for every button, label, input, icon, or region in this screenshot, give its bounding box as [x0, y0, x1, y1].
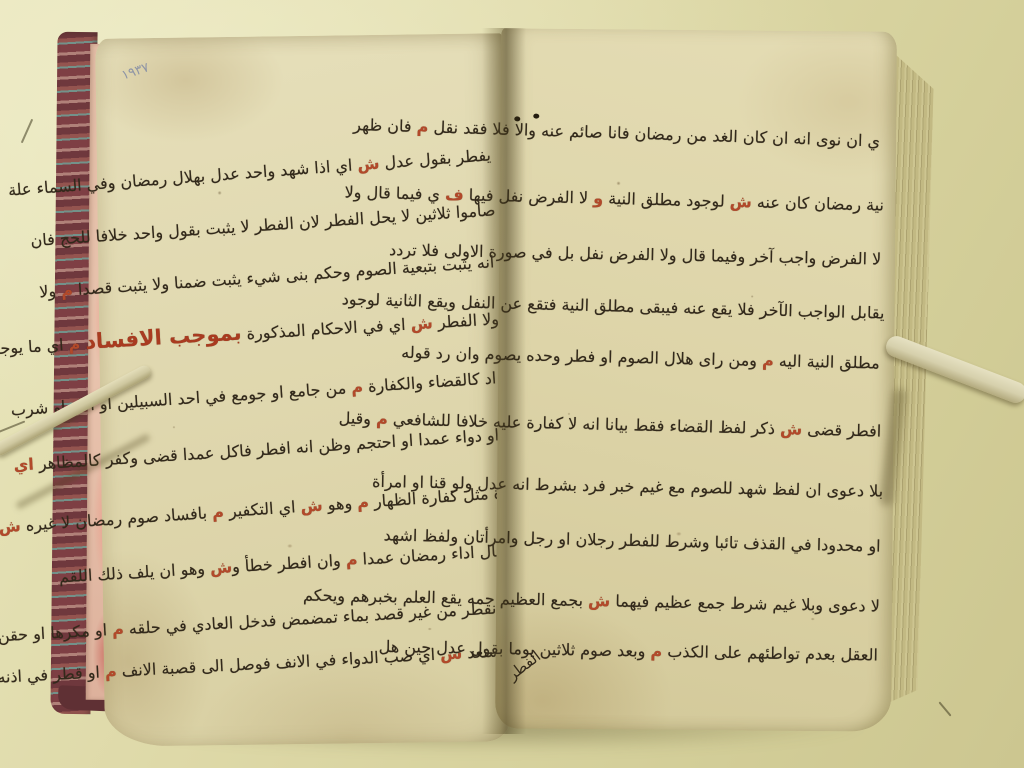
ink-text: وهو [322, 493, 358, 514]
ink-text: نية رمضان كان عنه [751, 192, 884, 214]
ink-text: يفطر بقول عدل [379, 145, 492, 172]
rubric-text: ف [444, 185, 463, 204]
ink-text: اي في الاحكام المذكورة [241, 315, 411, 344]
rubric-text: ش [357, 154, 380, 175]
rubric-text: م [345, 550, 358, 570]
right-page-text: ي ان نوى انه ان كان الغد من رمضان فانا ص… [495, 28, 897, 731]
right-page: ي ان نوى انه ان كان الغد من رمضان فانا ص… [495, 28, 897, 731]
rubric-text: م [416, 117, 428, 136]
rubric-text: ش [0, 516, 21, 536]
ink-text: او دواء عمدا او احتجم وظن انه افطر فاكل … [33, 425, 499, 473]
ink-text: افطر قضى [802, 420, 882, 441]
ink-text: بافساد صوم رمضان لا غيره [20, 503, 213, 535]
rubric-text: و [592, 189, 602, 208]
rubric-text: ش [780, 419, 803, 439]
ink-text: فان ظهر [353, 115, 417, 136]
ink-text: وان افطر خطأ و [231, 550, 346, 576]
rubric-text: بموجب الافساد [85, 321, 243, 354]
ink-text: اي ما يوجبه [0, 335, 69, 359]
ink-text: مطلق النية اليه [774, 351, 880, 372]
ink-text: ولا [39, 281, 62, 301]
ink-text: لوجود مطلق النية [602, 189, 729, 211]
ink-text: اد كالقضاء والكفارة [362, 368, 496, 396]
rubric-text: ش [299, 495, 322, 515]
rubric-text: ش [410, 313, 433, 333]
rubric-text: م [650, 642, 662, 661]
left-page-line-8: بال اداء رمضان عمدا م وان افطر خطأ وش وه… [58, 541, 501, 586]
rubric-text: ش [209, 557, 232, 577]
rubric-text: م [211, 502, 224, 522]
manuscript-photo: ١٩٣٧ يفطر بقول عدل ش اي اذا شهد واحد عدل… [0, 0, 1024, 768]
dust-hair [938, 701, 951, 716]
ink-text: وقيل [339, 408, 377, 428]
ink-text: اي التكفير [223, 497, 301, 521]
ink-text: ولا الفطر [432, 309, 499, 332]
ink-text: العقل بعدم تواطئهم على الكذب [662, 642, 878, 665]
ink-text: ي فيما قال ولا [344, 182, 445, 203]
ink-text: لا دعوى وبلا غيم شرط جمع عظيم فيهما [610, 591, 880, 615]
rubric-text: م [350, 377, 363, 397]
rubric-text: اي [13, 455, 34, 475]
rubric-text: ش [588, 591, 610, 610]
rubric-text: م [356, 492, 369, 512]
ink-text: لا الفرض نفل فيها [463, 185, 593, 207]
dust-hair [21, 119, 33, 144]
rubric-text: ش [729, 192, 752, 212]
